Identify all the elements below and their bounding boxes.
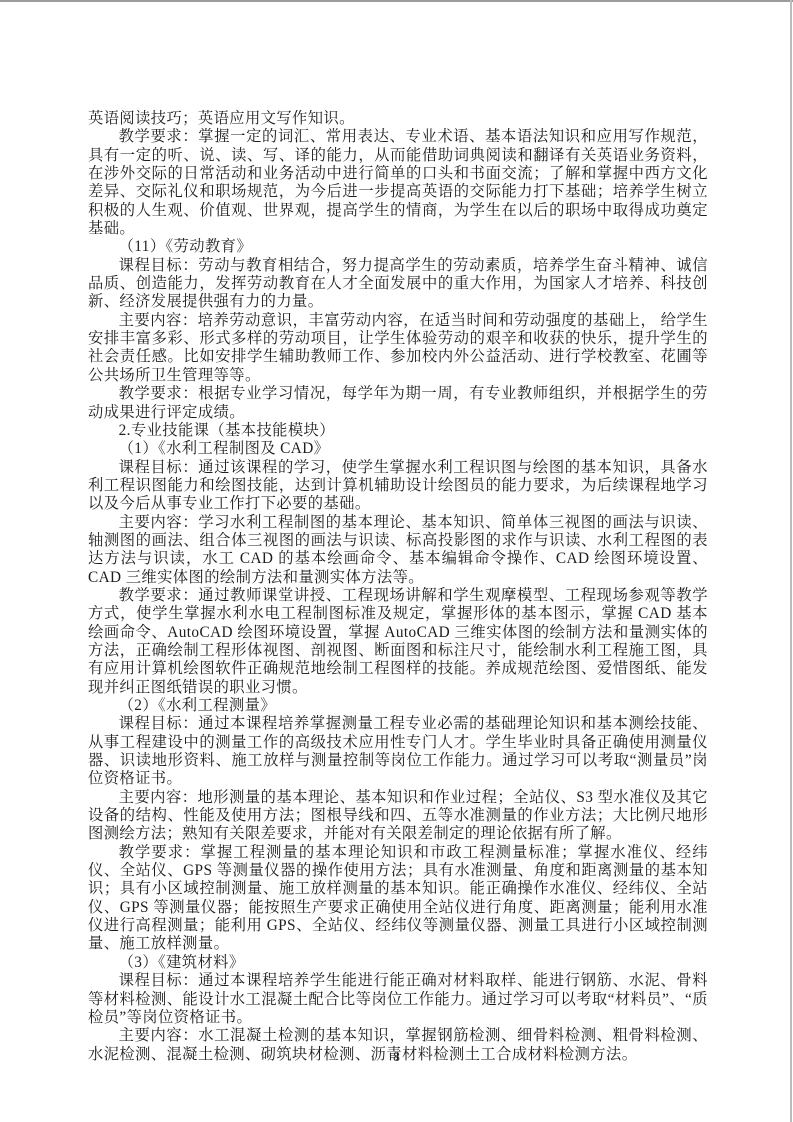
scan-edge-top-line <box>0 0 793 2</box>
paragraph-english-teaching-requirements: 教学要求：掌握一定的词汇、常用表达、专业术语、基本语法知识和应用写作规范，具有一… <box>88 128 708 238</box>
paragraph-labor-teaching-requirements: 教学要求：根据专业学习情况，每学年为期一周，有专业教师组织，并根据学生的劳动成果… <box>88 385 708 422</box>
heading-professional-skills-section: 2.专业技能课（基本技能模块） <box>88 422 708 440</box>
paragraph-cad-teaching-requirements: 教学要求：通过教师课堂讲授、工程现场讲解和学生观摩模型、工程现场参观等教学方式，… <box>88 587 708 697</box>
paragraph-cad-course-objectives: 课程目标：通过该课程的学习，使学生掌握水利工程识图与绘图的基本知识，具备水利工程… <box>88 459 708 514</box>
paragraph-english-skills-continuation: 英语阅读技巧；英语应用文写作知识。 <box>88 110 708 128</box>
heading-course-11-labor-education: （11）《劳动教育》 <box>88 238 708 256</box>
paragraph-surveying-teaching-requirements: 教学要求：掌握工程测量的基本理论知识和市政工程测量标准；掌握水准仪、经纬仪、全站… <box>88 844 708 954</box>
paragraph-labor-main-content: 主要内容：培养劳动意识，丰富劳动内容，在适当时间和劳动强度的基础上， 给学生安排… <box>88 312 708 385</box>
page-number: 8 <box>0 1049 793 1065</box>
heading-course-3-building-materials: （3）《建筑材料》 <box>88 954 708 972</box>
heading-course-2-hydraulic-surveying: （2）《水利工程测量》 <box>88 697 708 715</box>
heading-course-1-hydraulic-drafting-cad: （1）《水利工程制图及 CAD》 <box>88 440 708 458</box>
paragraph-surveying-course-objectives: 课程目标：通过本课程培养掌握测量工程专业必需的基础理论知识和基本测绘技能、从事工… <box>88 715 708 788</box>
scan-edge-right-line <box>790 0 792 1122</box>
paragraph-materials-course-objectives: 课程目标：通过本课程培养学生能进行能正确对材料取样、能进行钢筋、水泥、骨料等材料… <box>88 972 708 1027</box>
document-page: 英语阅读技巧；英语应用文写作知识。 教学要求：掌握一定的词汇、常用表达、专业术语… <box>0 0 793 1122</box>
paragraph-surveying-main-content: 主要内容：地形测量的基本理论、基本知识和作业过程；全站仪、S3 型水准仪及其它设… <box>88 789 708 844</box>
paragraph-cad-main-content: 主要内容：学习水利工程制图的基本理论、基本知识、简单体三视图的画法与识读、轴测图… <box>88 514 708 587</box>
paragraph-labor-course-objectives: 课程目标：劳动与教育相结合，努力提高学生的劳动素质，培养学生奋斗精神、诚信品质、… <box>88 257 708 312</box>
document-text-block: 英语阅读技巧；英语应用文写作知识。 教学要求：掌握一定的词汇、常用表达、专业术语… <box>88 110 708 1064</box>
